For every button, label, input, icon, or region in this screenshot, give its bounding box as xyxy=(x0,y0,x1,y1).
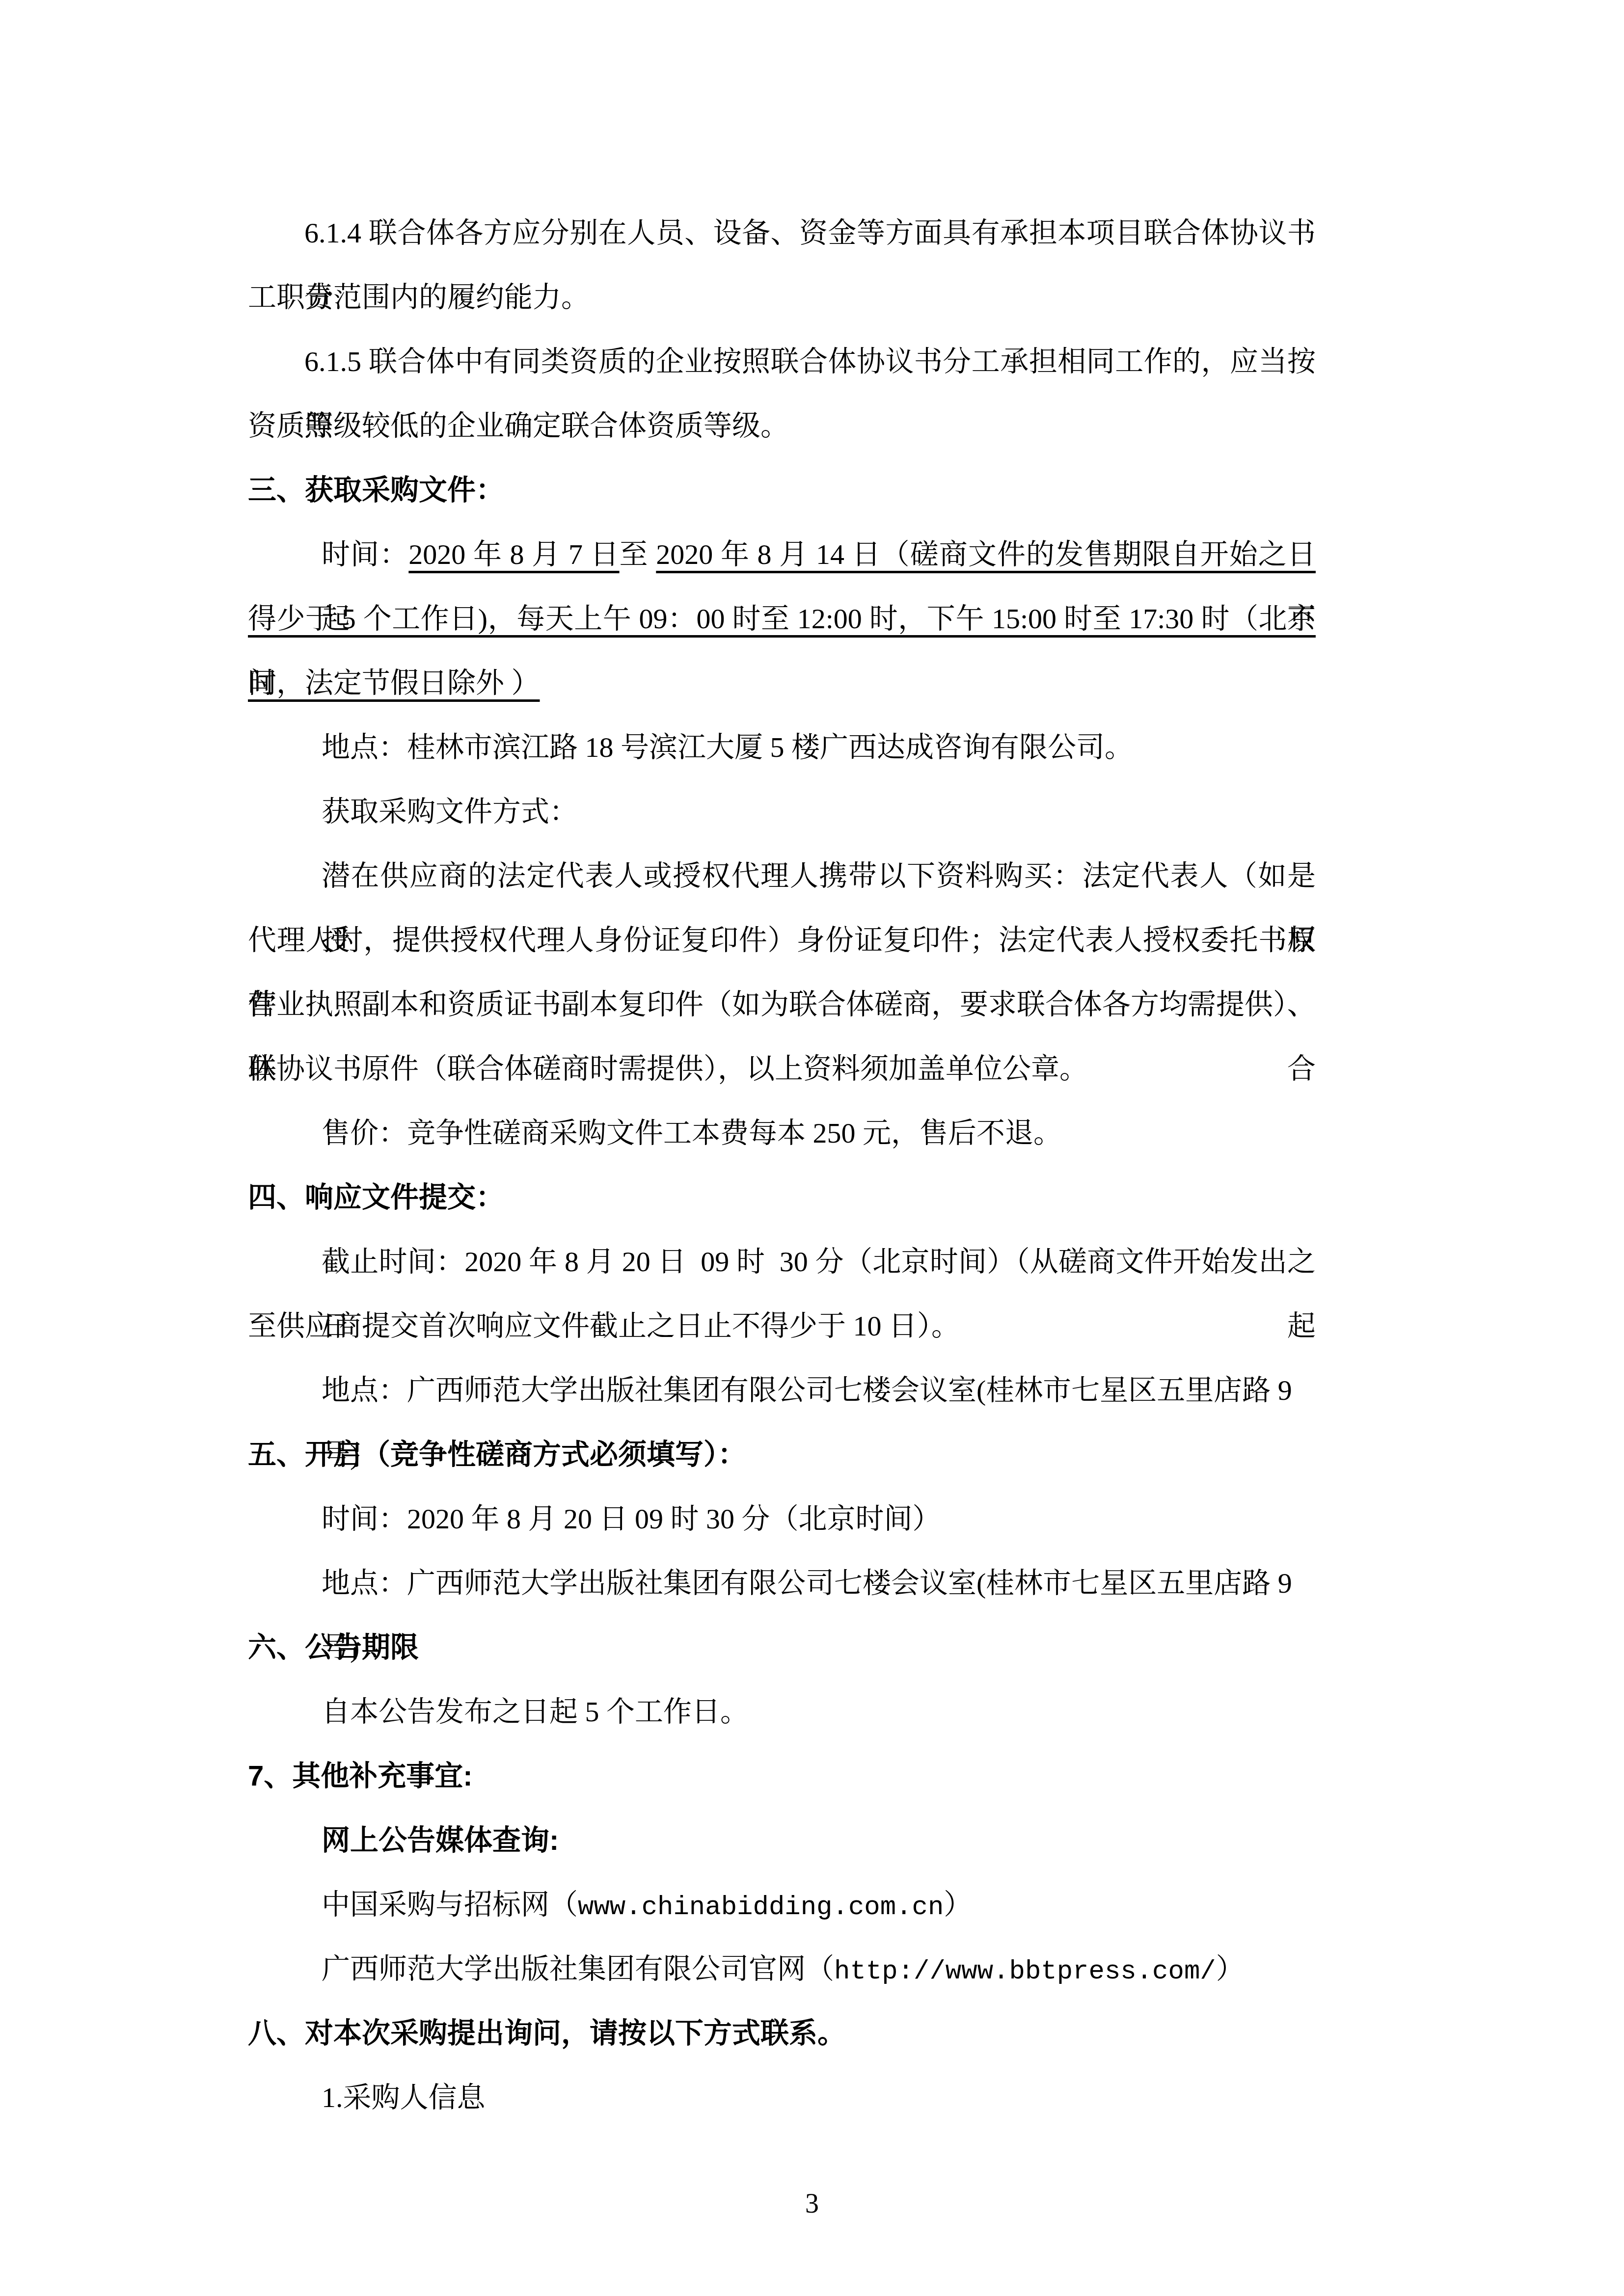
obtain-time-line-2: 得少于 5 个工作日)，每天上午 09：00 时至 12:00 时，下午 15:… xyxy=(248,587,1316,651)
clause-6-1-5-line-2: 资质等级较低的企业确定联合体资质等级。 xyxy=(248,394,1316,458)
obtain-time-start-date: 2020 年 8 月 7 日 xyxy=(408,538,619,570)
obtain-location: 地点：桂林市滨江路 18 号滨江大厦 5 楼广西达成咨询有限公司。 xyxy=(248,715,1316,779)
media-bbtpress: 广西师范大学出版社集团有限公司官网（http://www.bbtpress.co… xyxy=(248,1937,1316,2001)
heading-opening: 五、开启（竞争性磋商方式必须填写）： xyxy=(248,1422,1316,1487)
document-body: 6.1.4 联合体各方应分别在人员、设备、资金等方面具有承担本项目联合体协议书分… xyxy=(248,201,1316,2130)
obtain-method-line-1: 潜在供应商的法定代表人或授权代理人携带以下资料购买：法定代表人（如是授权 xyxy=(248,844,1316,908)
media-chinabidding-suffix: ） xyxy=(944,1889,972,1921)
obtain-time-line-1: 时间：2020 年 8 月 7 日至 2020 年 8 月 14 日（磋商文件的… xyxy=(248,522,1316,587)
submission-deadline-line-1: 截止时间：2020 年 8 月 20 日 09 时 30 分（北京时间）（从磋商… xyxy=(248,1229,1316,1294)
submission-location: 地点：广西师范大学出版社集团有限公司七楼会议室(桂林市七星区五里店路 9 号) xyxy=(248,1358,1316,1422)
heading-response-submission: 四、响应文件提交： xyxy=(248,1165,1316,1229)
heading-other-matters: 7、其他补充事宜: xyxy=(248,1744,1316,1808)
heading-obtain-documents: 三、获取采购文件： xyxy=(248,458,1316,522)
obtain-method-label: 获取采购文件方式： xyxy=(248,779,1316,844)
opening-location: 地点：广西师范大学出版社集团有限公司七楼会议室(桂林市七星区五里店路 9 号) xyxy=(248,1551,1316,1615)
purchaser-info-label: 1.采购人信息 xyxy=(248,2065,1316,2130)
media-chinabidding-url: www.chinabidding.com.cn xyxy=(578,1893,944,1922)
clause-6-1-5-line-1: 6.1.5 联合体中有同类资质的企业按照联合体协议书分工承担相同工作的，应当按照 xyxy=(248,329,1316,394)
heading-contact: 八、对本次采购提出询问，请按以下方式联系。 xyxy=(248,2001,1316,2065)
document-price: 售价：竞争性磋商采购文件工本费每本 250 元，售后不退。 xyxy=(248,1101,1316,1165)
page-number: 3 xyxy=(0,2179,1624,2228)
obtain-time-line-3: 间，法定节假日除外 ） xyxy=(248,651,1316,715)
obtain-method-line-3: 营业执照副本和资质证书副本复印件（如为联合体磋商，要求联合体各方均需提供）、联合 xyxy=(248,972,1316,1037)
page: { "doc": { "lines": [ { "name": "clause-… xyxy=(0,0,1624,2296)
obtain-time-label: 时间： xyxy=(322,538,408,570)
heading-announcement-period: 六、公告期限 xyxy=(248,1615,1316,1680)
media-bbtpress-prefix: 广西师范大学出版社集团有限公司官网（ xyxy=(322,1953,834,1985)
online-media-label: 网上公告媒体查询: xyxy=(248,1808,1316,1872)
announcement-period-text: 自本公告发布之日起 5 个工作日。 xyxy=(248,1680,1316,1744)
obtain-method-line-2: 代理人时，提供授权代理人身份证复印件）身份证复印件；法定代表人授权委托书原件、 xyxy=(248,908,1316,972)
obtain-time-to: 至 xyxy=(620,538,656,570)
obtain-time-line-3-text: 间，法定节假日除外 ） xyxy=(248,667,540,699)
media-bbtpress-url: http://www.bbtpress.com/ xyxy=(834,1957,1216,1987)
opening-time: 时间：2020 年 8 月 20 日 09 时 30 分（北京时间） xyxy=(248,1487,1316,1551)
clause-6-1-4-line-2: 工职责范围内的履约能力。 xyxy=(248,265,1316,329)
clause-6-1-4-line-1: 6.1.4 联合体各方应分别在人员、设备、资金等方面具有承担本项目联合体协议书分 xyxy=(248,201,1316,265)
media-chinabidding: 中国采购与招标网（www.chinabidding.com.cn） xyxy=(248,1872,1316,1937)
media-bbtpress-suffix: ） xyxy=(1216,1953,1245,1985)
media-chinabidding-prefix: 中国采购与招标网（ xyxy=(322,1889,578,1921)
